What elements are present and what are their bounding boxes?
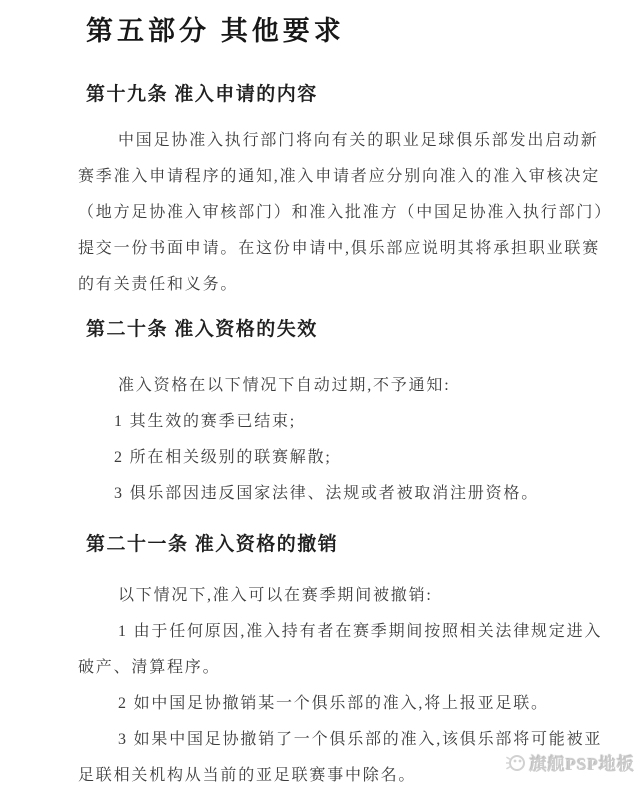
- section-19-paragraph: 中国足协准入执行部门将向有关的职业足球俱乐部发出启动新 赛季准入申请程序的通知,…: [0, 123, 640, 303]
- list-item: 2 所在相关级别的联赛解散;: [78, 440, 640, 476]
- document-page: 第五部分 其他要求 第十九条 准入申请的内容 中国足协准入执行部门将向有关的职业…: [0, 0, 640, 794]
- paragraph-line: 赛季准入申请程序的通知,准入申请者应分别向准入的准入审核决定: [78, 159, 640, 195]
- list-item: 3 俱乐部因违反国家法律、法规或者被取消注册资格。: [78, 476, 640, 512]
- section-21-heading: 第二十一条 准入资格的撤销: [86, 534, 640, 556]
- watermark: 旗舰PSP地板: [506, 750, 635, 775]
- paragraph-line: 的有关责任和义务。: [78, 267, 640, 303]
- section-21-intro: 以下情况下,准入可以在赛季期间被撤销:: [78, 578, 640, 614]
- page-title: 第五部分 其他要求: [86, 14, 640, 48]
- mascot-logo-icon: [506, 753, 526, 773]
- section-20-heading: 第二十条 准入资格的失效: [86, 319, 640, 341]
- list-item-continuation: 破产、清算程序。: [78, 650, 640, 686]
- section-20-intro: 准入资格在以下情况下自动过期,不予通知:: [78, 368, 640, 404]
- paragraph-line: 提交一份书面申请。在这份申请中,俱乐部应说明其将承担职业联赛: [78, 231, 640, 267]
- list-item: 1 由于任何原因,准入持有者在赛季期间按照相关法律规定进入: [78, 614, 640, 650]
- section-19-heading: 第十九条 准入申请的内容: [86, 84, 640, 106]
- paragraph-line: （地方足协准入审核部门）和准入批准方（中国足协准入执行部门）: [78, 195, 640, 231]
- list-item: 2 如中国足协撤销某一个俱乐部的准入,将上报亚足联。: [78, 686, 640, 722]
- watermark-label: 旗舰PSP地板: [530, 750, 635, 775]
- paragraph-line: 中国足协准入执行部门将向有关的职业足球俱乐部发出启动新: [78, 123, 640, 159]
- list-item: 1 其生效的赛季已结束;: [78, 404, 640, 440]
